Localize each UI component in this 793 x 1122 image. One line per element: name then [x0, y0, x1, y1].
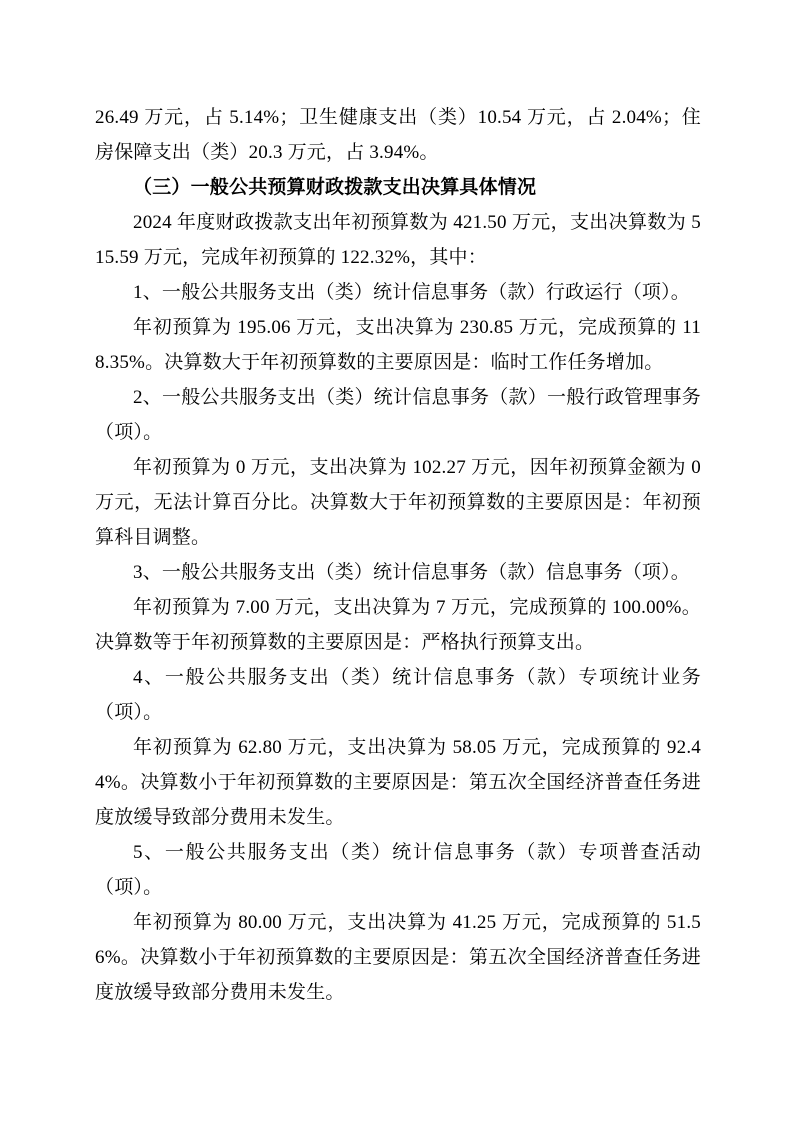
numbered-item-paragraph: 5、一般公共服务支出（类）统计信息事务（款）专项普查活动（项）。: [95, 835, 701, 905]
document-content: 26.49 万元，占 5.14%；卫生健康支出（类）10.54 万元，占 2.0…: [95, 100, 701, 1010]
numbered-item-paragraph: 1、一般公共服务支出（类）统计信息事务（款）行政运行（项）。: [95, 275, 701, 310]
body-text-paragraph: 年初预算为 0 万元，支出决算为 102.27 万元，因年初预算金额为 0 万元…: [95, 450, 701, 555]
document-page: 26.49 万元，占 5.14%；卫生健康支出（类）10.54 万元，占 2.0…: [0, 0, 793, 1122]
numbered-item-paragraph: 2、一般公共服务支出（类）统计信息事务（款）一般行政管理事务（项）。: [95, 380, 701, 450]
numbered-item-paragraph: 3、一般公共服务支出（类）统计信息事务（款）信息事务（项）。: [95, 555, 701, 590]
body-text-paragraph: 年初预算为 195.06 万元，支出决算为 230.85 万元，完成预算的 11…: [95, 310, 701, 380]
body-text-paragraph: 2024 年度财政拨款支出年初预算数为 421.50 万元，支出决算数为 515…: [95, 205, 701, 275]
body-text-paragraph: 年初预算为 62.80 万元，支出决算为 58.05 万元，完成预算的 92.4…: [95, 730, 701, 835]
body-text-paragraph: 年初预算为 7.00 万元，支出决算为 7 万元，完成预算的 100.00%。决…: [95, 590, 701, 660]
body-text-paragraph: 26.49 万元，占 5.14%；卫生健康支出（类）10.54 万元，占 2.0…: [95, 100, 701, 170]
section-heading: （三）一般公共预算财政拨款支出决算具体情况: [95, 170, 701, 205]
numbered-item-paragraph: 4、一般公共服务支出（类）统计信息事务（款）专项统计业务（项）。: [95, 660, 701, 730]
body-text-paragraph: 年初预算为 80.00 万元，支出决算为 41.25 万元，完成预算的 51.5…: [95, 905, 701, 1010]
